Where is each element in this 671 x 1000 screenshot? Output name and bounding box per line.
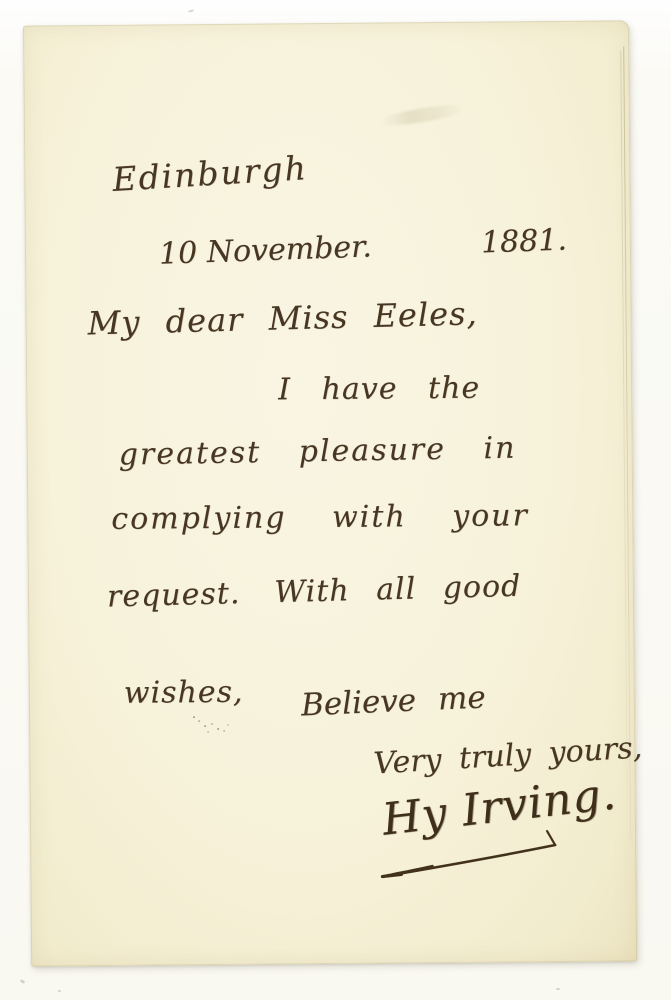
letter-year: 1881. <box>480 224 567 260</box>
letter-body-line-4a: request. <box>107 577 241 613</box>
photo-backdrop: Edinburgh 10 November. 1881. My dear Mis… <box>0 0 671 1000</box>
letter-body-line-5: wishes, <box>124 676 244 710</box>
letter-body-line-3: complying with your <box>111 499 529 536</box>
backdrop-speck <box>58 990 61 992</box>
letter-date-line: 10 November. 1881. <box>159 224 568 271</box>
letter-salutation: My dear Miss Eeles, <box>87 296 478 341</box>
faint-smudge <box>379 101 466 129</box>
letter-body-line-4b: With all good <box>274 570 522 609</box>
backdrop-speck <box>188 9 194 12</box>
backdrop-speck <box>20 979 26 984</box>
folded-sheet-edge <box>623 46 631 841</box>
letter-place: Edinburgh <box>111 150 308 198</box>
letter-page: Edinburgh 10 November. 1881. My dear Mis… <box>23 20 637 966</box>
backdrop-speck <box>556 988 560 990</box>
letter-body-line-2: greatest pleasure in <box>118 432 516 472</box>
letter-date: 10 November. <box>159 230 373 270</box>
signature: Hy Irving. <box>380 770 619 845</box>
letter-closing-line-1: Believe me <box>300 680 486 722</box>
letter-body-line-4: request. With all good <box>107 570 522 614</box>
letter-body-line-1: I have the <box>278 372 480 407</box>
ink-specks <box>193 716 195 718</box>
